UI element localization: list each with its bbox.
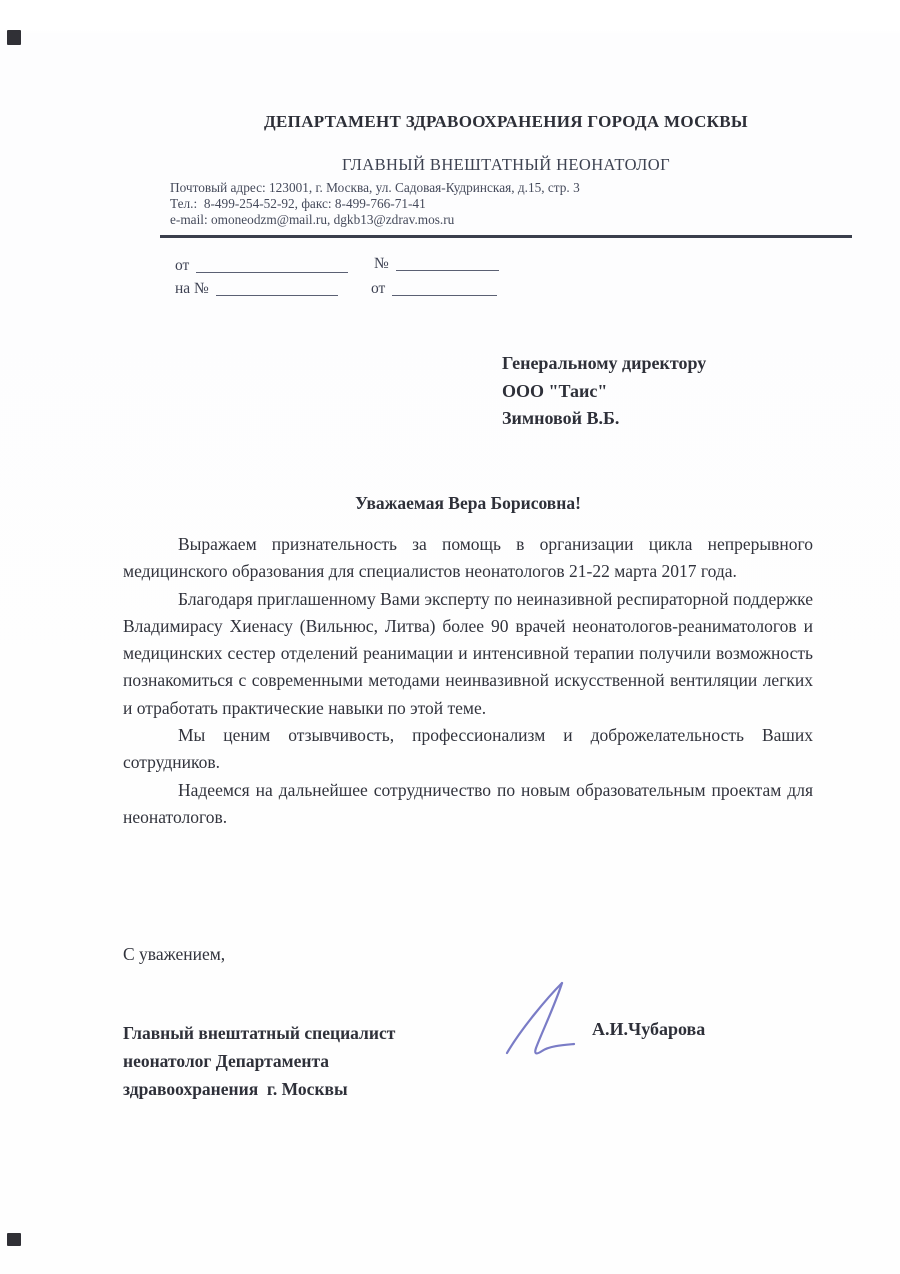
signature-stroke-2 <box>535 983 574 1053</box>
organization-title: ДЕПАРТАМЕНТ ЗДРАВООХРАНЕНИЯ ГОРОДА МОСКВ… <box>160 112 852 132</box>
recipient-position: Генеральному директору <box>502 350 706 378</box>
ref-from-label: от <box>175 257 189 274</box>
letterhead-rule <box>160 235 852 238</box>
ref-reply-to-number: на № <box>175 278 338 298</box>
contact-block: Почтовый адрес: 123001, г. Москва, ул. С… <box>170 180 852 228</box>
postal-address-line: Почтовый адрес: 123001, г. Москва, ул. С… <box>170 180 852 196</box>
ref-reply-to-date: от <box>371 278 497 298</box>
ref-number-label: № <box>374 255 389 272</box>
body-paragraph-1: Выражаем признательность за помощь в орг… <box>123 531 813 586</box>
signer-title-line-3: здравоохранения г. Москвы <box>123 1075 395 1103</box>
recipient-name: Зимновой В.Б. <box>502 405 706 433</box>
ref-outgoing-number: № <box>374 253 499 273</box>
body-paragraph-3: Мы ценим отзывчивость, профессионализм и… <box>123 722 813 777</box>
email-line: e-mail: omoneodzm@mail.ru, dgkb13@zdrav.… <box>170 212 852 228</box>
closing-phrase: С уважением, <box>123 944 225 965</box>
salutation: Уважаемая Вера Борисовна! <box>123 493 813 514</box>
body-paragraph-4: Надеемся на дальнейшее сотрудничество по… <box>123 777 813 832</box>
phone-fax-line: Тел.: 8-499-254-52-92, факс: 8-499-766-7… <box>170 196 852 212</box>
ref-number-blank-line <box>396 256 499 271</box>
recipient-company: ООО "Таис" <box>502 378 706 406</box>
scan-mark-top-left <box>7 30 21 45</box>
recipient-block: Генеральному директору ООО "Таис" Зимнов… <box>502 350 706 433</box>
scan-mark-bottom-left <box>7 1233 21 1246</box>
signer-title-line-2: неонатолог Департамента <box>123 1047 395 1075</box>
ref-outgoing-date: от <box>175 255 348 275</box>
ref-reply-date-blank-line <box>392 281 497 296</box>
ref-reply-number-blank-line <box>216 281 338 296</box>
signer-name: А.И.Чубарова <box>592 1019 705 1040</box>
handwritten-signature <box>495 972 605 1067</box>
letterhead: ДЕПАРТАМЕНТ ЗДРАВООХРАНЕНИЯ ГОРОДА МОСКВ… <box>160 112 852 238</box>
letter-page: ДЕПАРТАМЕНТ ЗДРАВООХРАНЕНИЯ ГОРОДА МОСКВ… <box>0 0 900 1274</box>
ref-on-number-label: на № <box>175 280 209 297</box>
ref-date-blank-line <box>196 258 348 273</box>
signer-title-line-1: Главный внештатный специалист <box>123 1019 395 1047</box>
signature-stroke-1 <box>507 983 562 1053</box>
signer-title-block: Главный внештатный специалист неонатолог… <box>123 1019 395 1103</box>
department-subtitle: ГЛАВНЫЙ ВНЕШТАТНЫЙ НЕОНАТОЛОГ <box>160 155 852 175</box>
ref-from-label-2: от <box>371 280 385 297</box>
body-paragraph-2: Благодаря приглашенному Вами эксперту по… <box>123 586 813 722</box>
letter-body: Выражаем признательность за помощь в орг… <box>123 531 813 831</box>
